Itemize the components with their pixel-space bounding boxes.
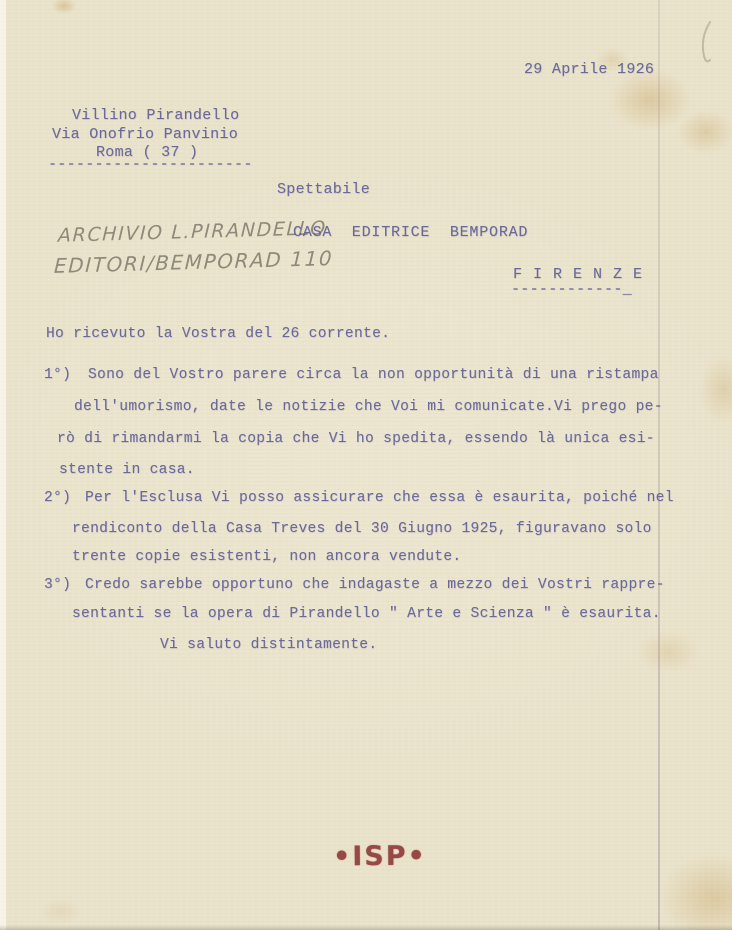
item-3-line-2: sentanti se la opera di Pirandello " Art… <box>72 605 661 624</box>
item-3-marker: 3°) <box>44 576 71 595</box>
sender-street: Via Onofrio Panvinio <box>52 125 238 144</box>
scanned-letter-page: 29 Aprile 1926 Villino Pirandello Via On… <box>0 0 732 930</box>
scan-left-edge <box>0 0 6 930</box>
recipient-name: CASA EDITRICE BEMPORAD <box>293 223 528 242</box>
item-3-line-1: Credo sarebbe opportuno che indagaste a … <box>85 576 665 595</box>
item-1-line-4: stente in casa. <box>59 461 195 480</box>
sender-underline: ---------------------- <box>48 155 253 174</box>
item-1-line-3: rò di rimandarmi la copia che Vi ho sped… <box>57 430 655 449</box>
item-2-line-1: Per l'Esclusa Vi posso assicurare che es… <box>85 489 674 508</box>
archive-note-line1: ARCHIVIO L.PIRANDELLO <box>58 217 328 247</box>
isp-stamp: •ISP• <box>333 841 427 873</box>
sender-name: Villino Pirandello <box>72 106 239 125</box>
item-1-marker: 1°) <box>44 366 71 385</box>
fold-line <box>658 0 660 930</box>
salutation: Spettabile <box>277 180 370 199</box>
item-2-line-3: trente copie esistenti, non ancora vendu… <box>72 548 461 567</box>
body-intro: Ho ricevuto la Vostra del 26 corrente. <box>46 325 390 344</box>
item-2-line-2: rendiconto della Casa Treves del 30 Giug… <box>72 520 652 539</box>
item-1-line-1: Sono del Vostro parere circa la non oppo… <box>88 366 659 385</box>
scan-bottom-shadow <box>0 925 732 930</box>
body-closing: Vi saluto distintamente. <box>160 636 377 655</box>
item-2-marker: 2°) <box>44 489 71 508</box>
archive-note-line2: EDITORI/BEMPORAD 110 <box>54 246 334 278</box>
recipient-city-underline: ------------_ <box>511 280 632 299</box>
letter-date: 29 Aprile 1926 <box>524 60 654 79</box>
item-1-line-2: dell'umorismo, date le notizie che Voi m… <box>74 398 663 417</box>
pencil-mark <box>680 14 720 74</box>
